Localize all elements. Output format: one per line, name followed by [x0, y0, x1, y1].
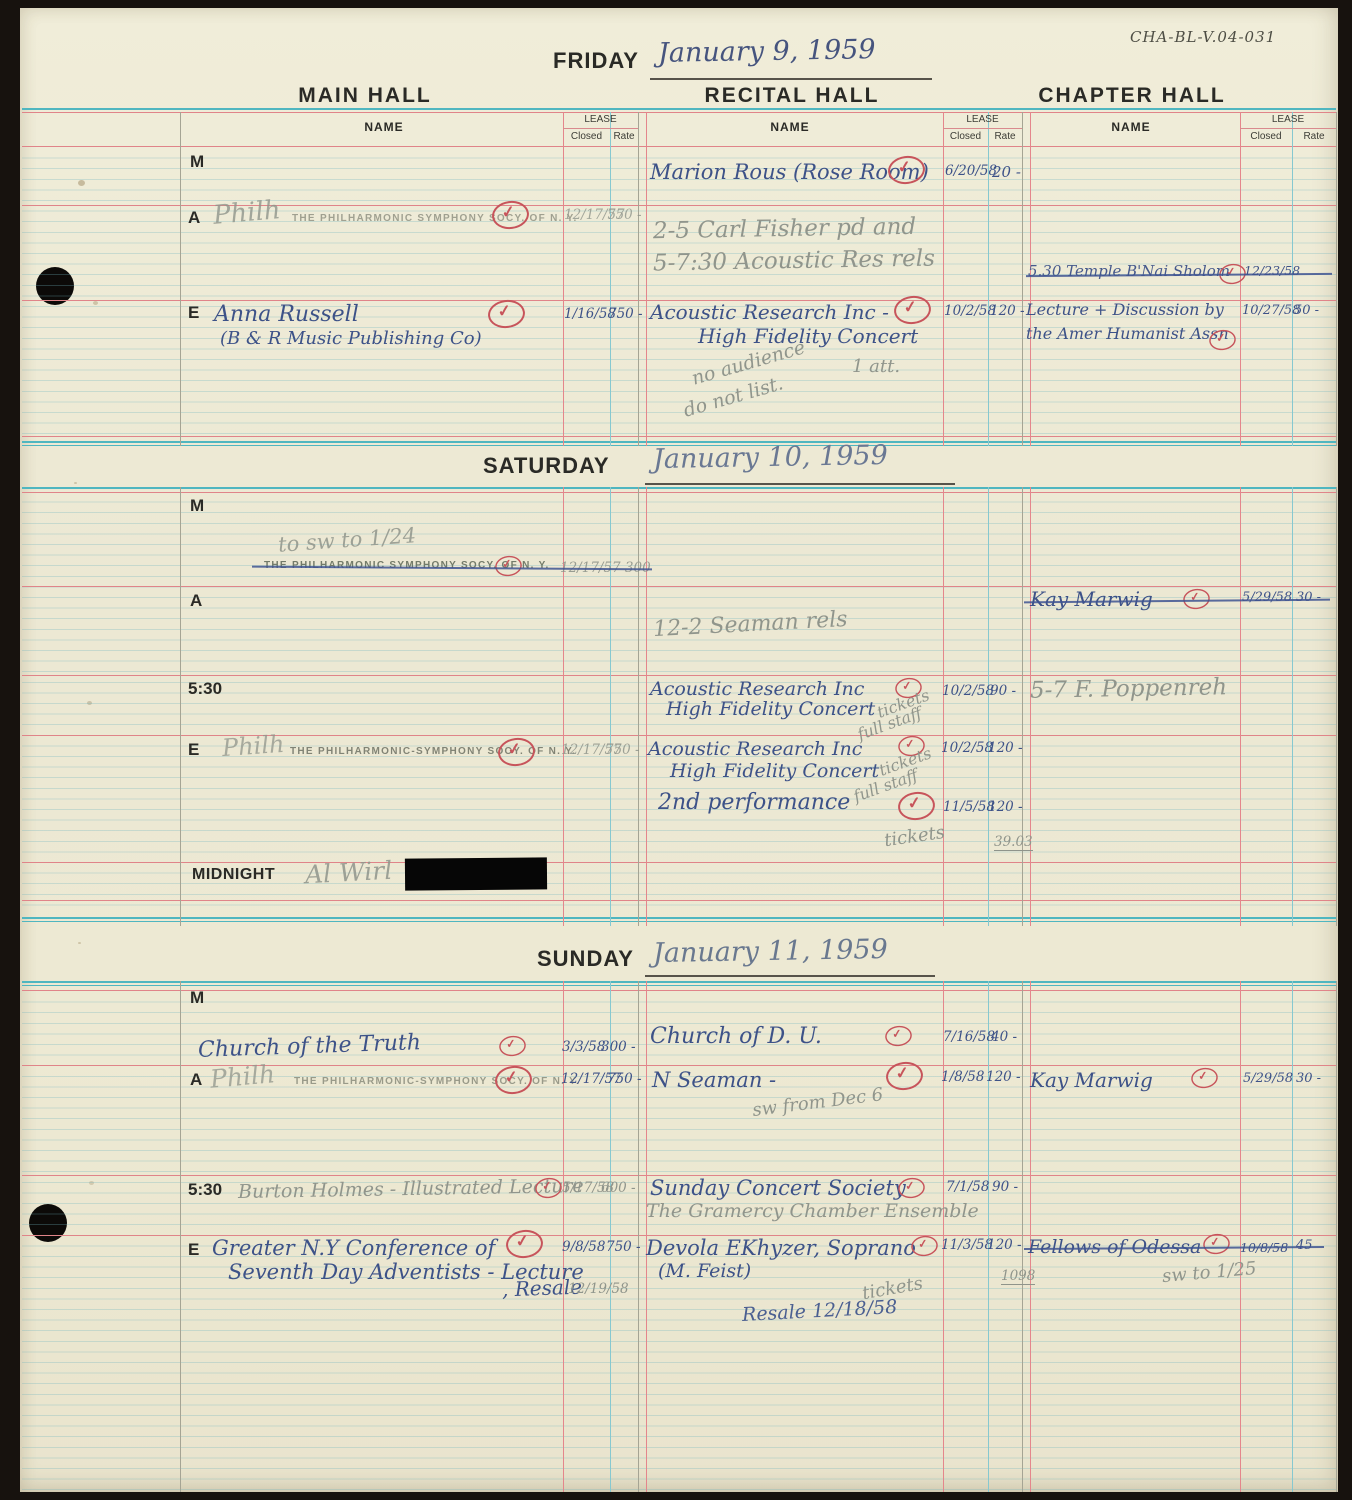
name-header-chapter: NAME [1024, 120, 1238, 134]
column-line [1336, 981, 1337, 1492]
row-line [22, 735, 1336, 736]
column-line [1030, 487, 1031, 926]
lease-header-recital: LEASE [943, 114, 1022, 125]
column-line [610, 981, 611, 1492]
column-line [610, 112, 611, 446]
entry-closed: 10/2/58 [942, 683, 994, 699]
entry-rate: 120 - [990, 303, 1025, 319]
lease-divider [1240, 128, 1336, 129]
column-line [1292, 487, 1293, 926]
rate-header-main: Rate [610, 131, 638, 142]
entry-stamp: THE PHILHARMONIC SYMPHONY SOCY. OF N. Y. [292, 213, 578, 224]
entry-name: Devola EKhyzer, Soprano [646, 1236, 916, 1260]
entry-name: Kay Marwig [1030, 587, 1153, 611]
entry-name: Greater N.Y Conference of [212, 1236, 495, 1260]
divider [22, 487, 1336, 489]
row-line [22, 492, 1336, 493]
entry-name2: (B & R Music Publishing Co) [220, 328, 482, 349]
column-line [1022, 487, 1023, 926]
column-line [610, 487, 611, 926]
sunday-day-label: SUNDAY [537, 946, 634, 972]
entry-name2: High Fidelity Concert [666, 698, 875, 720]
entry-note: 5-7 F. Poppenreh [1030, 674, 1227, 703]
entry-note: 5-7:30 Acoustic Res rels [653, 246, 935, 277]
column-line [563, 981, 564, 1492]
entry-name: Lecture + Discussion by [1026, 300, 1224, 319]
entry-name2: High Fidelity Concert [670, 760, 879, 782]
entry-script: Philh [209, 1059, 276, 1094]
entry-closed: 5/29/58 [1242, 590, 1292, 605]
row-line [22, 146, 1336, 147]
entry-name: 2nd performance [658, 790, 850, 815]
entry-name: 5.30 Temple B'Nai Sholom [1028, 262, 1230, 280]
column-line [1022, 981, 1023, 1492]
hall-title-chapter: CHAPTER HALL [1032, 84, 1232, 108]
column-line [180, 487, 181, 926]
entry-note: 1 att. [852, 356, 900, 377]
column-line [1240, 981, 1241, 1492]
entry-name: Acoustic Research Inc - [650, 300, 889, 324]
entry-rate: 30 - [1296, 590, 1321, 605]
entry-closed: 10/2/58 [944, 303, 996, 319]
entry-amount: 39.03 [994, 834, 1033, 851]
friday-row-e: E [188, 303, 199, 323]
column-line [1292, 981, 1293, 1492]
lease-header-chapter: LEASE [1240, 114, 1336, 125]
entry-rate: 90 - [990, 683, 1016, 699]
rate-header-recital: Rate [988, 131, 1022, 142]
entry-name: Sunday Concert Society [650, 1176, 906, 1200]
entry-rate: 750 - [606, 1239, 641, 1255]
entry-name: N Seaman - [652, 1068, 776, 1092]
date-underline [645, 975, 935, 977]
entry-name: Marion Rous (Rose Room) [650, 160, 929, 184]
entry-note-date: 12/19/58 [568, 1281, 629, 1297]
entry-closed: 10/2/58 [941, 740, 993, 756]
column-line [638, 487, 639, 926]
column-line [943, 112, 944, 446]
column-line [1336, 112, 1337, 446]
column-line [180, 112, 181, 446]
entry-rate: 300 - [601, 1039, 636, 1055]
entry-name: Acoustic Research Inc [650, 678, 864, 700]
lease-header-main: LEASE [563, 114, 638, 125]
entry-amount: 1098 [1001, 1268, 1035, 1285]
entry-note: 2-5 Carl Fisher pd and [653, 214, 917, 245]
column-line [988, 487, 989, 926]
column-line [563, 487, 564, 926]
saturday-date-script: January 10, 1959 [653, 440, 888, 475]
entry-closed: 3/3/58 [562, 1039, 605, 1055]
divider [22, 921, 1336, 922]
saturday-row-a: A [190, 591, 202, 611]
entry-stamp: THE PHILHARMONIC-SYMPHONY SOCY. OF N. Y. [294, 1076, 580, 1087]
friday-date-script: January 9, 1959 [658, 34, 876, 69]
row-line [22, 900, 1336, 901]
name-header-recital: NAME [640, 120, 940, 134]
sunday-row-530: 5:30 [188, 1180, 222, 1200]
entry-name: Acoustic Research Inc [648, 738, 862, 760]
row-line [22, 862, 1336, 863]
closed-header-chapter: Closed [1240, 131, 1292, 142]
friday-day-label: FRIDAY [553, 48, 639, 74]
entry-rate: 750 - [605, 742, 640, 758]
column-line [1022, 112, 1023, 446]
entry-name: Kay Marwig [1030, 1068, 1153, 1092]
entry-name: Anna Russell [214, 302, 359, 327]
friday-row-a: A [188, 208, 200, 228]
saturday-row-530: 5:30 [188, 679, 222, 699]
entry-closed: 5/29/58 [1243, 1071, 1293, 1086]
row-line [22, 990, 1336, 991]
hall-title-main: MAIN HALL [280, 84, 450, 108]
divider [22, 981, 1336, 983]
saturday-row-midnight: MIDNIGHT [192, 866, 275, 884]
sunday-date-script: January 11, 1959 [653, 934, 888, 969]
entry-rate: 120 - [988, 799, 1023, 815]
entry-closed: 7/1/58 [946, 1179, 989, 1195]
entry-name: Church of D. U. [650, 1024, 822, 1049]
entry-rate: 30 - [1296, 1071, 1321, 1086]
entry-closed: 6/20/58 [945, 163, 997, 179]
entry-name2: (M. Feist) [658, 1260, 751, 1282]
divider [22, 917, 1336, 919]
row-line [22, 112, 1336, 113]
entry-closed: 11/3/58 [941, 1237, 993, 1253]
sunday-row-e: E [188, 1240, 199, 1260]
column-line [1240, 487, 1241, 926]
closed-header-main: Closed [563, 131, 610, 142]
entry-script: Philh [221, 730, 285, 762]
closed-header-recital: Closed [943, 131, 988, 142]
column-line [646, 112, 647, 446]
column-line [638, 981, 639, 1492]
row-line [22, 436, 1336, 437]
date-underline [645, 483, 955, 485]
divider [22, 108, 1336, 110]
entry-closed: 1/8/58 [941, 1069, 984, 1085]
entry-rate: 750 - [607, 1071, 642, 1087]
entry-rate: 50 - [1294, 303, 1319, 318]
entry-rate: 120 - [987, 1237, 1022, 1253]
lease-divider [943, 128, 1022, 129]
entry-rate: 40 - [991, 1029, 1017, 1045]
column-line [180, 981, 181, 1492]
entry-rate: 120 - [988, 740, 1023, 756]
entry-closed: 9/8/58 [562, 1239, 605, 1255]
entry-rate: 90 - [992, 1179, 1018, 1195]
column-line [943, 487, 944, 926]
sunday-row-a: A [190, 1070, 202, 1090]
entry-name2: The Gramercy Chamber Ensemble [646, 1200, 979, 1222]
column-line [563, 112, 564, 446]
entry-rate: 20 - [992, 163, 1021, 181]
friday-row-m: M [190, 152, 204, 172]
entry-rate: 600 - [601, 1180, 636, 1196]
entry-rate: 750 - [607, 207, 642, 223]
rate-header-chapter: Rate [1292, 131, 1336, 142]
entry-rate: 750 - [608, 306, 643, 322]
entry-closed: 7/16/58 [943, 1029, 995, 1045]
column-line [646, 487, 647, 926]
column-line [1336, 487, 1337, 926]
saturday-day-label: SATURDAY [483, 453, 610, 479]
ruled-lines-friday [22, 148, 1336, 436]
redaction-box [405, 857, 547, 890]
column-line [1292, 112, 1293, 446]
column-line [638, 112, 639, 446]
date-underline [650, 78, 932, 80]
entry-name2: the Amer Humanist Assn [1026, 324, 1229, 343]
lease-divider [563, 128, 638, 129]
entry-script: Philh [212, 195, 282, 231]
entry-closed: 10/27/58 [1242, 303, 1300, 318]
saturday-row-e: E [188, 740, 199, 760]
name-header-main: NAME [205, 120, 563, 134]
entry-script: Al Wirl [304, 856, 393, 890]
hall-title-recital: RECITAL HALL [692, 84, 892, 108]
entry-rate: 120 - [986, 1069, 1021, 1085]
entry-name2: High Fidelity Concert [698, 324, 918, 348]
sunday-row-m: M [190, 988, 204, 1008]
catalog-number: CHA-BL-V.04-031 [1130, 28, 1276, 46]
divider [22, 985, 1336, 986]
entry-closed: 12/23/58 [1244, 263, 1300, 278]
saturday-row-m: M [190, 496, 204, 516]
